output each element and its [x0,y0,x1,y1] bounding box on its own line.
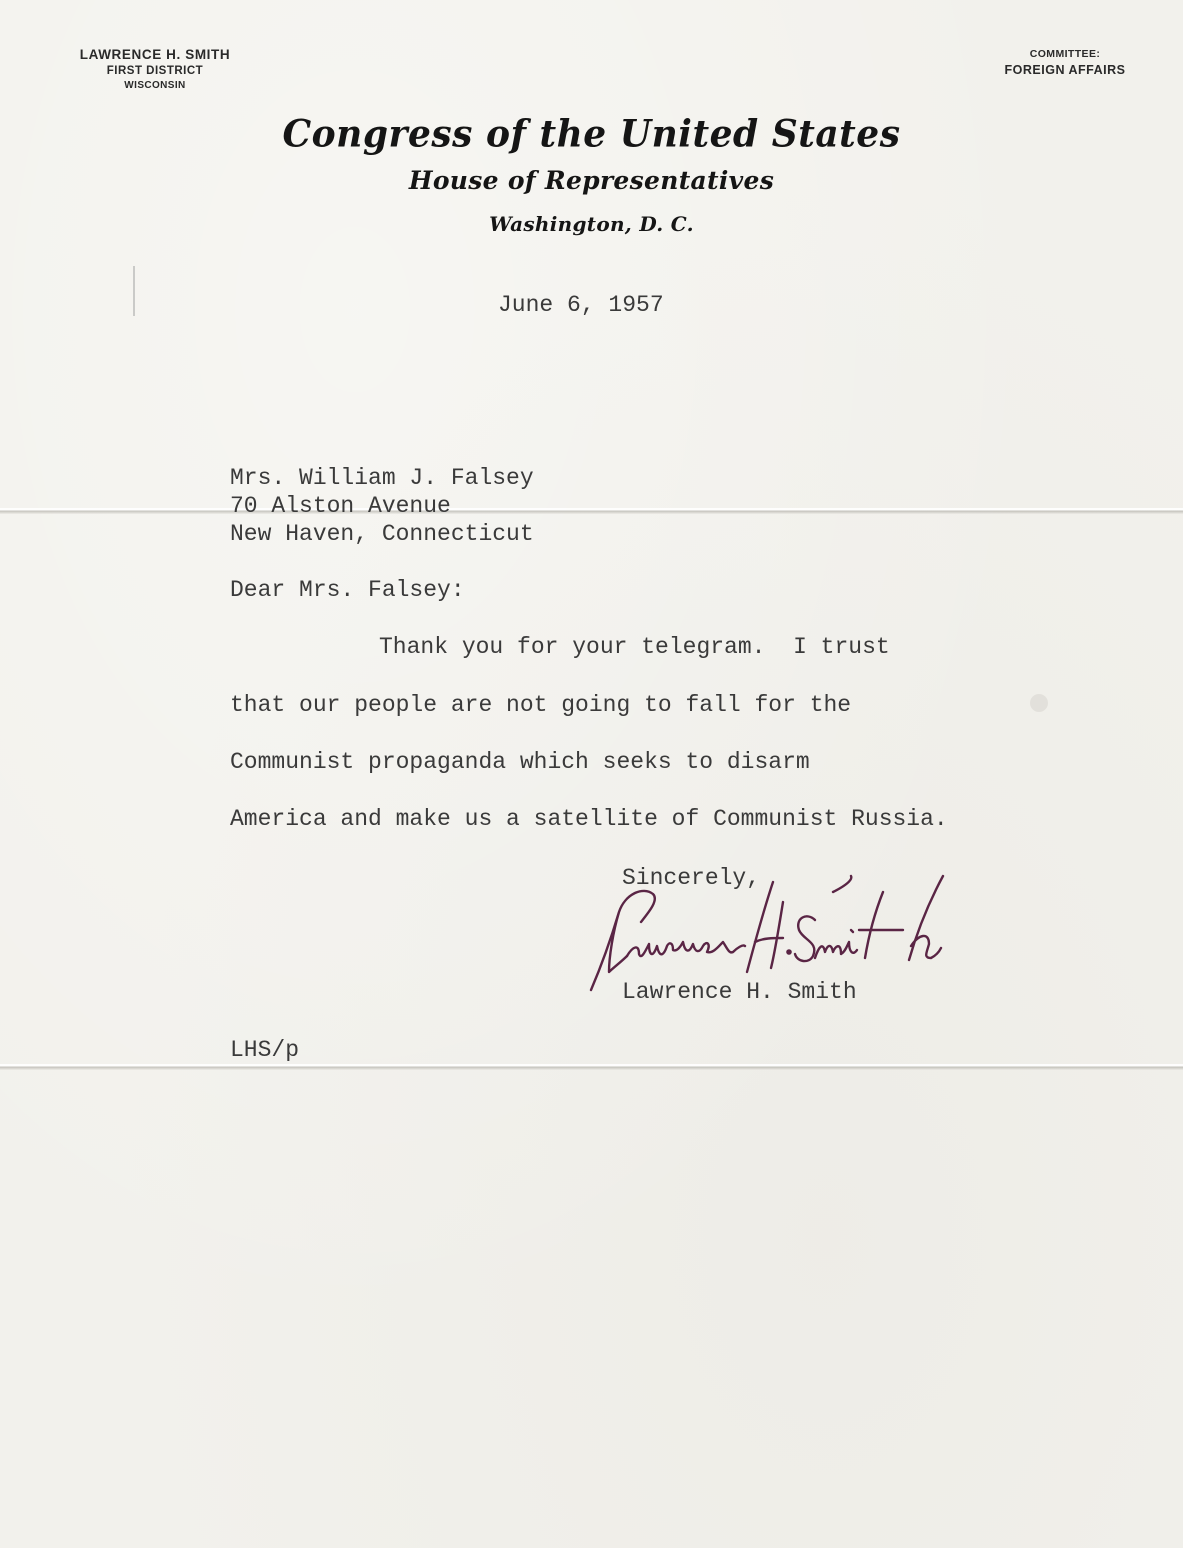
recipient-street: 70 Alston Avenue [230,492,451,520]
body-line: Thank you for your telegram. I trust [379,634,890,660]
letterhead-chamber-text: House of Representatives [409,166,774,195]
member-name: LAWRENCE H. SMITH [40,46,270,63]
member-info: LAWRENCE H. SMITH FIRST DISTRICT WISCONS… [40,46,270,93]
body-line: that our people are not going to fall fo… [230,692,851,718]
letterhead-city: Washington, D. C. [0,212,1183,236]
paper-smudge [1030,694,1048,712]
letterhead-city-text: Washington, D. C. [489,212,694,236]
letterhead-institution: Congress of the United States [0,112,1183,156]
committee-name: FOREIGN AFFAIRS [975,62,1155,78]
body-line: America and make us a satellite of Commu… [230,806,948,832]
member-state: WISCONSIN [40,79,270,93]
body-line: Communist propaganda which seeks to disa… [230,749,810,775]
member-district: FIRST DISTRICT [40,63,270,79]
reference-initials: LHS/p [230,1037,299,1063]
letterhead-chamber: House of Representatives [0,166,1183,195]
committee-label: COMMITTEE: [975,46,1155,62]
recipient-name: Mrs. William J. Falsey [230,464,534,492]
paper-fold-upper [0,508,1183,514]
letter-date: June 6, 1957 [498,292,664,318]
letterhead-institution-text: Congress of the United States [283,112,901,156]
paper-fold-lower [0,1064,1183,1070]
recipient-city-state: New Haven, Connecticut [230,520,534,548]
typed-signer-name: Lawrence H. Smith [622,979,857,1005]
salutation: Dear Mrs. Falsey: [230,577,465,603]
paper-mark [133,266,135,316]
committee-info: COMMITTEE: FOREIGN AFFAIRS [975,46,1155,78]
